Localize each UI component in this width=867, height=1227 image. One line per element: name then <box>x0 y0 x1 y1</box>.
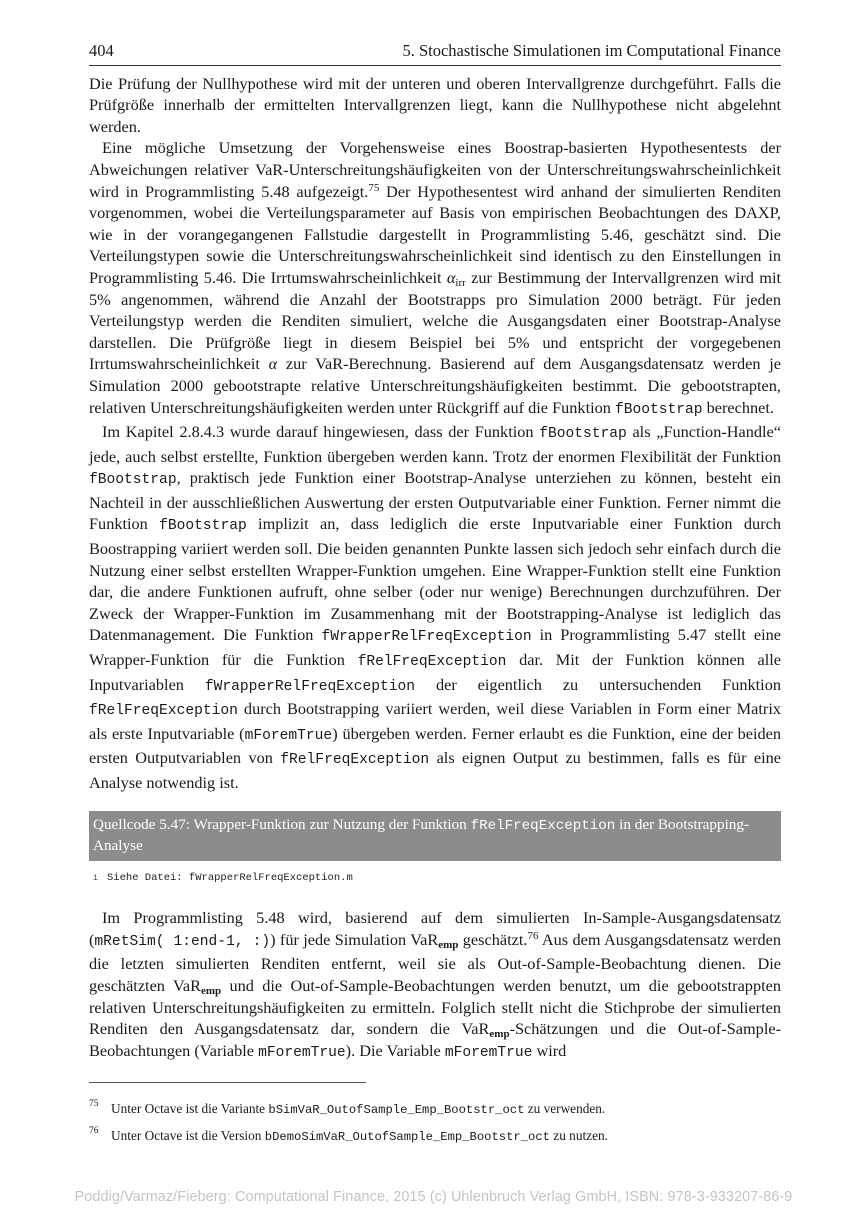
code-inline: mRetSim( 1:end-1, :) <box>94 934 270 950</box>
paragraph-var-estimation: Im Programmlisting 5.48 wird, basierend … <box>89 907 781 1064</box>
copyright-watermark: Poddig/Varmaz/Fieberg: Computational Fin… <box>0 1189 867 1205</box>
code-inline: fRelFreqException <box>358 654 507 670</box>
chapter-title: 5. Stochastische Simulationen im Computa… <box>402 40 781 62</box>
code-inline: mForemTrue <box>245 728 333 744</box>
code-inline: mForemTrue <box>445 1045 533 1061</box>
code-text: Siehe Datei: fWrapperRelFreqException.m <box>107 872 353 884</box>
footnotes: 75 Unter Octave ist die Variante bSimVaR… <box>89 1096 781 1150</box>
footnote-ref-75[interactable]: 75 <box>368 182 379 194</box>
code-inline: mForemTrue <box>258 1045 346 1061</box>
alpha-symbol: α <box>269 354 278 373</box>
paragraph-bootstrap-test: Eine mögliche Umsetzung der Vorgehenswei… <box>89 137 781 421</box>
footnote-75: 75 Unter Octave ist die Variante bSimVaR… <box>89 1096 781 1123</box>
listing-code-line: 1Siehe Datei: fWrapperRelFreqException.m <box>89 868 781 890</box>
page-body: 404 5. Stochastische Simulationen im Com… <box>89 40 781 1064</box>
running-head: 404 5. Stochastische Simulationen im Com… <box>89 40 781 66</box>
code-inline: fWrapperRelFreqException <box>205 679 415 695</box>
page-number: 404 <box>89 40 114 62</box>
code-inline: fBootstrap <box>539 426 627 442</box>
paragraph-null-hypothesis: Die Prüfung der Nullhypothese wird mit d… <box>89 73 781 138</box>
footnote-divider <box>89 1082 366 1083</box>
code-inline: fBootstrap <box>159 518 247 534</box>
footnote-76: 76 Unter Octave ist die Version bDemoSim… <box>89 1123 781 1150</box>
code-inline: fWrapperRelFreqException <box>321 629 531 645</box>
code-inline: fBootstrap <box>615 402 703 418</box>
paragraph-wrapper-function: Im Kapitel 2.8.4.3 wurde darauf hingewie… <box>89 421 781 794</box>
code-inline: fRelFreqException <box>280 752 429 768</box>
listing-caption: Quellcode 5.47: Wrapper-Funktion zur Nut… <box>89 811 781 861</box>
footnote-ref-76[interactable]: 76 <box>527 930 538 942</box>
line-number: 1 <box>93 868 107 890</box>
code-inline: fBootstrap <box>89 472 177 488</box>
code-inline: fRelFreqException <box>89 703 238 719</box>
